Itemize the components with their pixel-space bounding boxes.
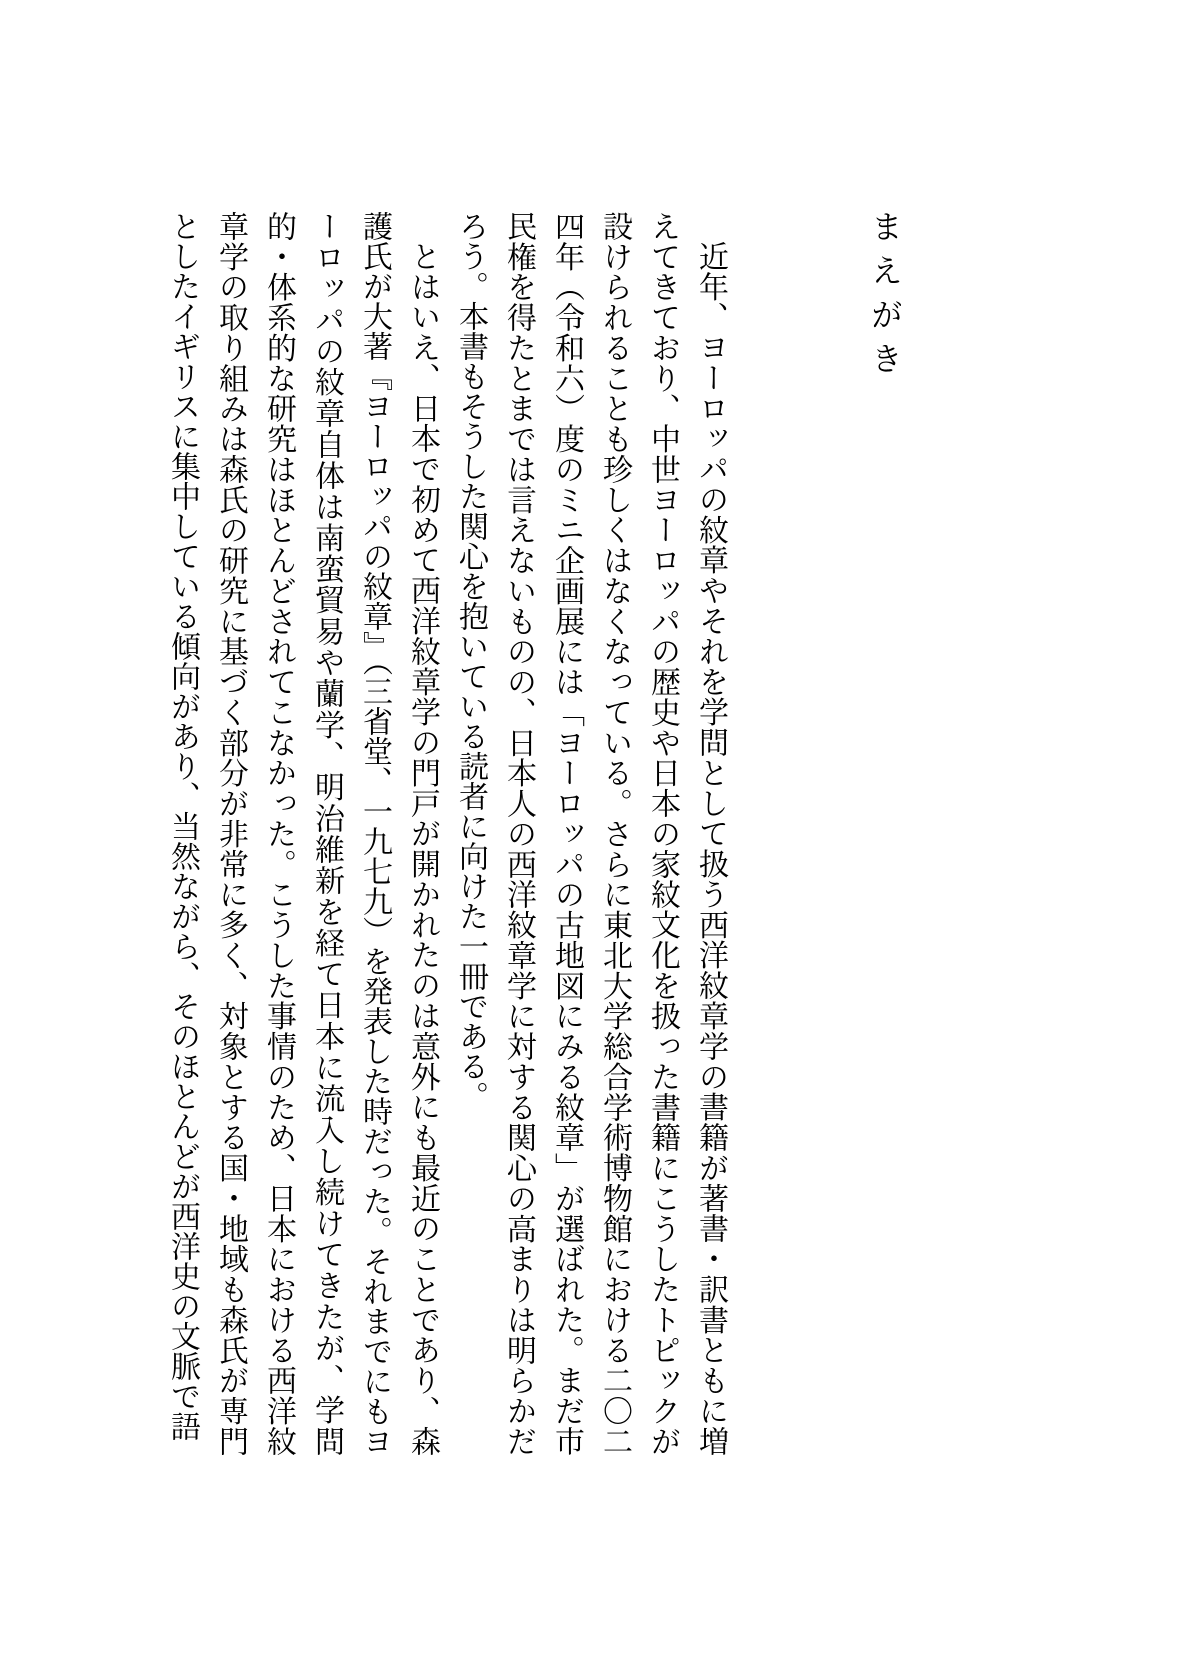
- preface-body: 近年、ヨーロッパの紋章やそれを学問として扱う西洋紋章学の書籍が著書・訳書ともに増…: [158, 211, 734, 1456]
- paragraph-2: とはいえ、日本で初めて西洋紋章学の門戸が開かれたのは意外にも最近のことであり、森…: [158, 211, 446, 1456]
- book-page: まえがき 近年、ヨーロッパの紋章やそれを学問として扱う西洋紋章学の書籍が著書・訳…: [0, 0, 1181, 1659]
- page-title: まえがき: [862, 210, 908, 386]
- paragraph-1: 近年、ヨーロッパの紋章やそれを学問として扱う西洋紋章学の書籍が著書・訳書ともに増…: [446, 211, 734, 1456]
